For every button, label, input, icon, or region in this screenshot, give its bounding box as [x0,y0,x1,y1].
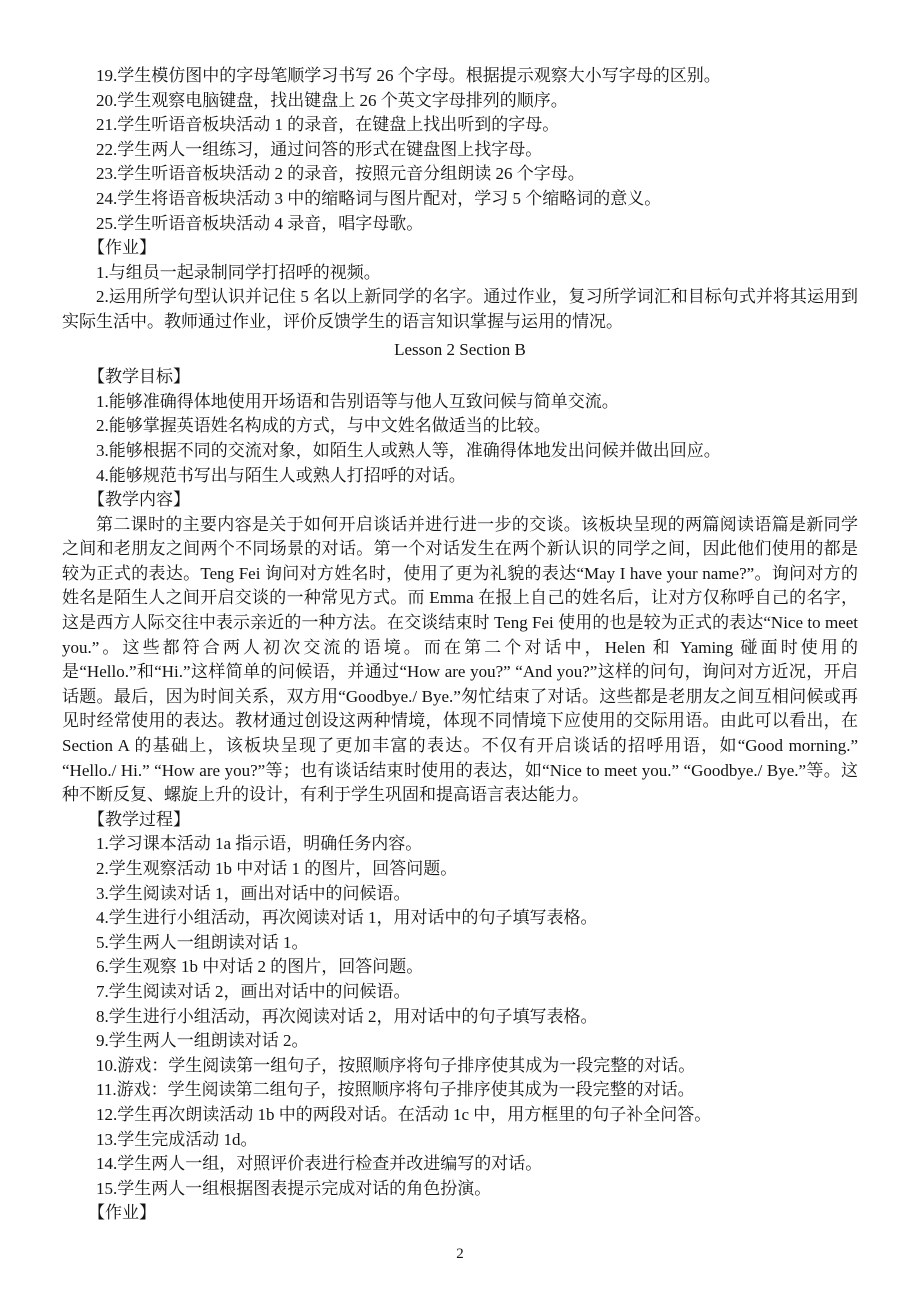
list-item: 21.学生听语音板块活动 1 的录音，在键盘上找出听到的字母。 [62,113,858,138]
list-item: 20.学生观察电脑键盘，找出键盘上 26 个英文字母排列的顺序。 [62,89,858,114]
section-heading-objectives: 【教学目标】 [62,365,858,390]
section-heading-homework: 【作业】 [62,236,858,261]
list-item: 1.学习课本活动 1a 指示语，明确任务内容。 [62,832,858,857]
list-item: 22.学生两人一组练习，通过问答的形式在键盘图上找字母。 [62,138,858,163]
lesson-title: Lesson 2 Section B [62,338,858,363]
list-item: 3.学生阅读对话 1，画出对话中的问候语。 [62,882,858,907]
list-item: 5.学生两人一组朗读对话 1。 [62,931,858,956]
page-number: 2 [62,1244,858,1264]
list-item: 12.学生再次朗读活动 1b 中的两段对话。在活动 1c 中，用方框里的句子补全… [62,1103,858,1128]
list-item: 1.与组员一起录制同学打招呼的视频。 [62,261,858,286]
list-item: 23.学生听语音板块活动 2 的录音，按照元音分组朗读 26 个字母。 [62,162,858,187]
list-item: 10.游戏：学生阅读第一组句子，按照顺序将句子排序使其成为一段完整的对话。 [62,1054,858,1079]
paragraph: 2.运用所学句型认识并记住 5 名以上新同学的名字。通过作业，复习所学词汇和目标… [62,285,858,334]
list-item: 24.学生将语音板块活动 3 中的缩略词与图片配对，学习 5 个缩略词的意义。 [62,187,858,212]
list-item: 7.学生阅读对话 2，画出对话中的问候语。 [62,980,858,1005]
list-item: 2.学生观察活动 1b 中对话 1 的图片，回答问题。 [62,857,858,882]
list-item: 11.游戏：学生阅读第二组句子，按照顺序将句子排序使其成为一段完整的对话。 [62,1078,858,1103]
list-item: 1.能够准确得体地使用开场语和告别语等与他人互致问候与简单交流。 [62,390,858,415]
list-item: 15.学生两人一组根据图表提示完成对话的角色扮演。 [62,1177,858,1202]
list-item: 9.学生两人一组朗读对话 2。 [62,1029,858,1054]
document-page: 19.学生模仿图中的字母笔顺学习书写 26 个字母。根据提示观察大小写字母的区别… [0,0,920,1302]
section-heading-procedure: 【教学过程】 [62,808,858,833]
list-item: 13.学生完成活动 1d。 [62,1128,858,1153]
list-item: 25.学生听语音板块活动 4 录音，唱字母歌。 [62,212,858,237]
list-item: 2.能够掌握英语姓名构成的方式，与中文姓名做适当的比较。 [62,414,858,439]
section-heading-homework-2: 【作业】 [62,1201,858,1226]
list-item: 3.能够根据不同的交流对象，如陌生人或熟人等，准确得体地发出问候并做出回应。 [62,439,858,464]
list-item: 8.学生进行小组活动，再次阅读对话 2，用对话中的句子填写表格。 [62,1005,858,1030]
paragraph: 第二课时的主要内容是关于如何开启谈话并进行进一步的交谈。该板块呈现的两篇阅读语篇… [62,513,858,808]
list-item: 6.学生观察 1b 中对话 2 的图片，回答问题。 [62,955,858,980]
list-item: 4.能够规范书写出与陌生人或熟人打招呼的对话。 [62,464,858,489]
section-heading-content: 【教学内容】 [62,488,858,513]
list-item: 4.学生进行小组活动，再次阅读对话 1，用对话中的句子填写表格。 [62,906,858,931]
list-item: 19.学生模仿图中的字母笔顺学习书写 26 个字母。根据提示观察大小写字母的区别… [62,64,858,89]
list-item: 14.学生两人一组，对照评价表进行检查并改进编写的对话。 [62,1152,858,1177]
